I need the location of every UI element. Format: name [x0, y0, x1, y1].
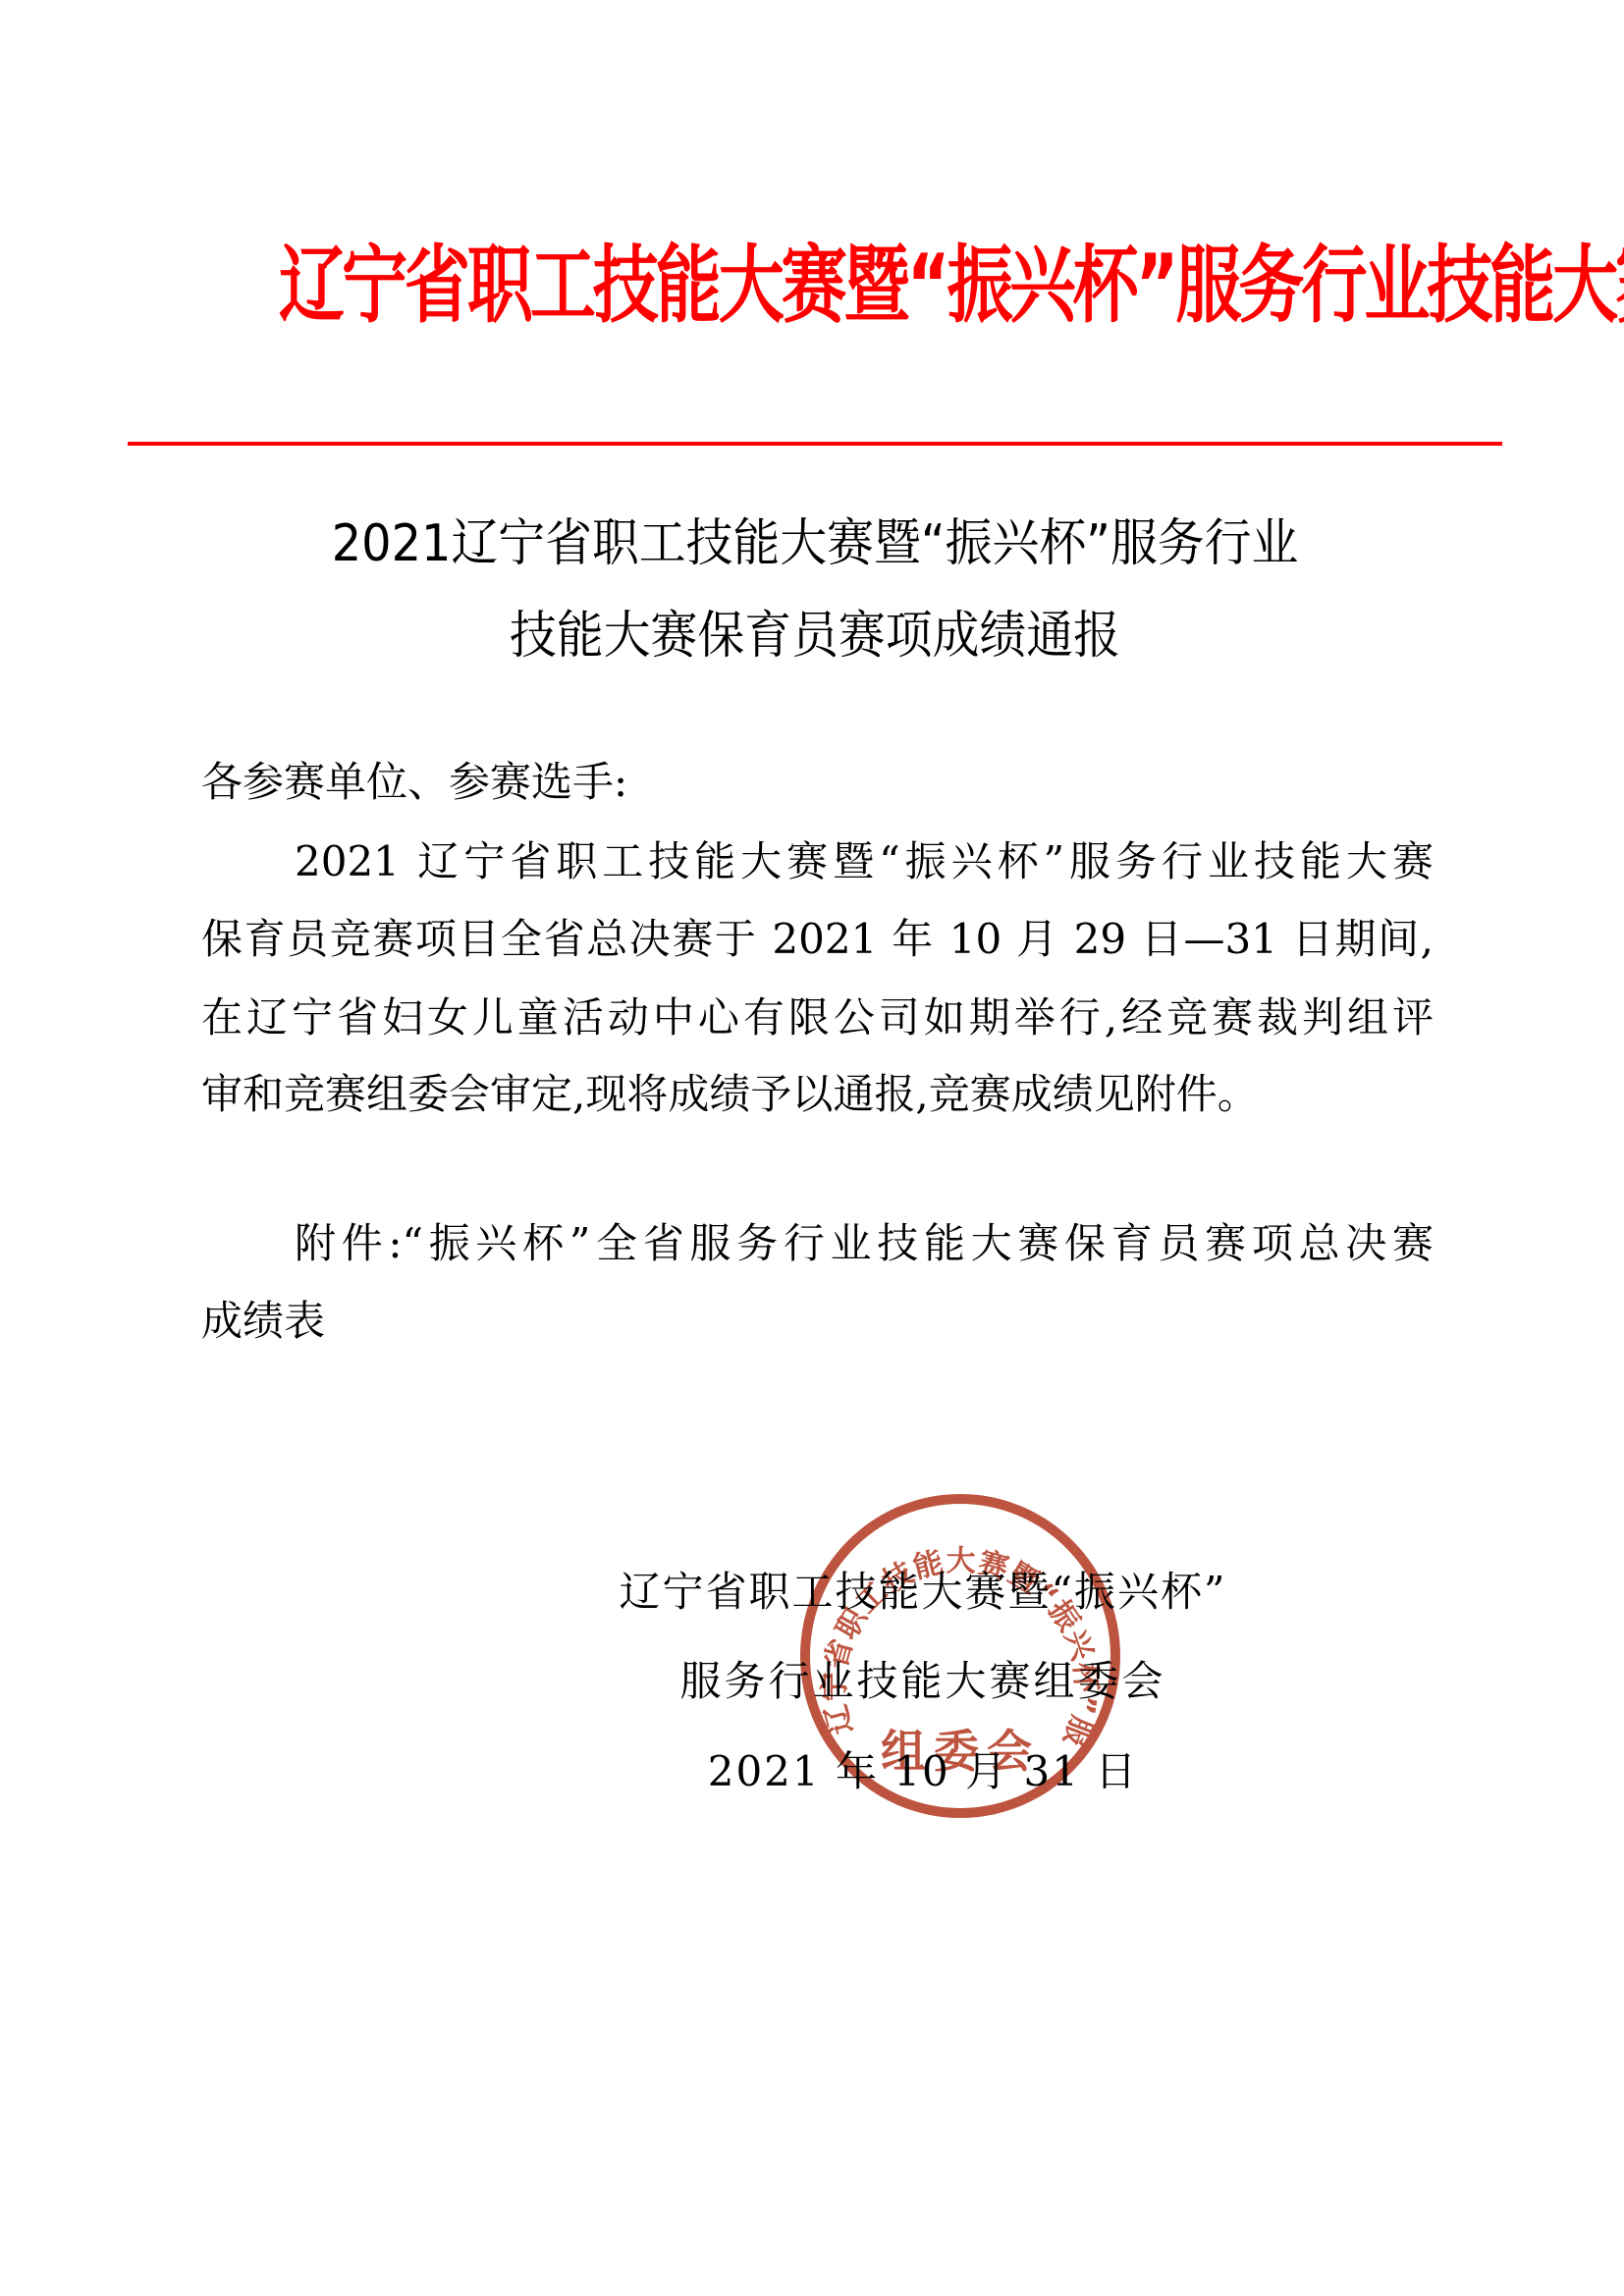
body-line: 在辽宁省妇女儿童活动中心有限公司如期举行,经竞赛裁判组评 — [201, 993, 1434, 1042]
signature-date: 2021 年 10 月 31 日 — [687, 1747, 1159, 1796]
org-header-title: 辽宁省职工技能大赛暨“振兴杯”服务行业技能大赛组委会 — [279, 232, 1351, 340]
document-title-line-1: 2021辽宁省职工技能大赛暨“振兴杯”服务行业 — [183, 514, 1447, 573]
signature-org-line-1: 辽宁省职工技能大赛暨“振兴杯” — [579, 1568, 1267, 1617]
attachment-note: 附件:“振兴杯”全省服务行业技能大赛保育员赛项总决赛 — [295, 1219, 1434, 1268]
body-line: 保育员竞赛项目全省总决赛于 2021 年 10 月 29 日—31 日期间, — [201, 915, 1434, 964]
signature-org-line-2: 服务行业技能大赛组委会 — [619, 1657, 1227, 1706]
salutation: 各参赛单位、参赛选手: — [201, 758, 1434, 807]
body-line: 审和竞赛组委会审定,现将成绩予以通报,竞赛成绩见附件。 — [201, 1070, 1434, 1119]
body-line: 2021 辽宁省职工技能大赛暨“振兴杯”服务行业技能大赛 — [295, 837, 1434, 886]
attachment-note-cont: 成绩表 — [201, 1297, 1434, 1346]
header-divider — [128, 442, 1502, 446]
svg-text:辽宁省职工技能大赛暨“振兴杯”服务行业技能大赛: 辽宁省职工技能大赛暨“振兴杯”服务行业技能大赛 — [810, 1504, 1104, 1752]
document-page: 辽宁省职工技能大赛暨“振兴杯”服务行业技能大赛组委会 2021辽宁省职工技能大赛… — [0, 0, 1624, 2296]
document-title-line-2: 技能大赛保育员赛项成绩通报 — [183, 607, 1447, 666]
